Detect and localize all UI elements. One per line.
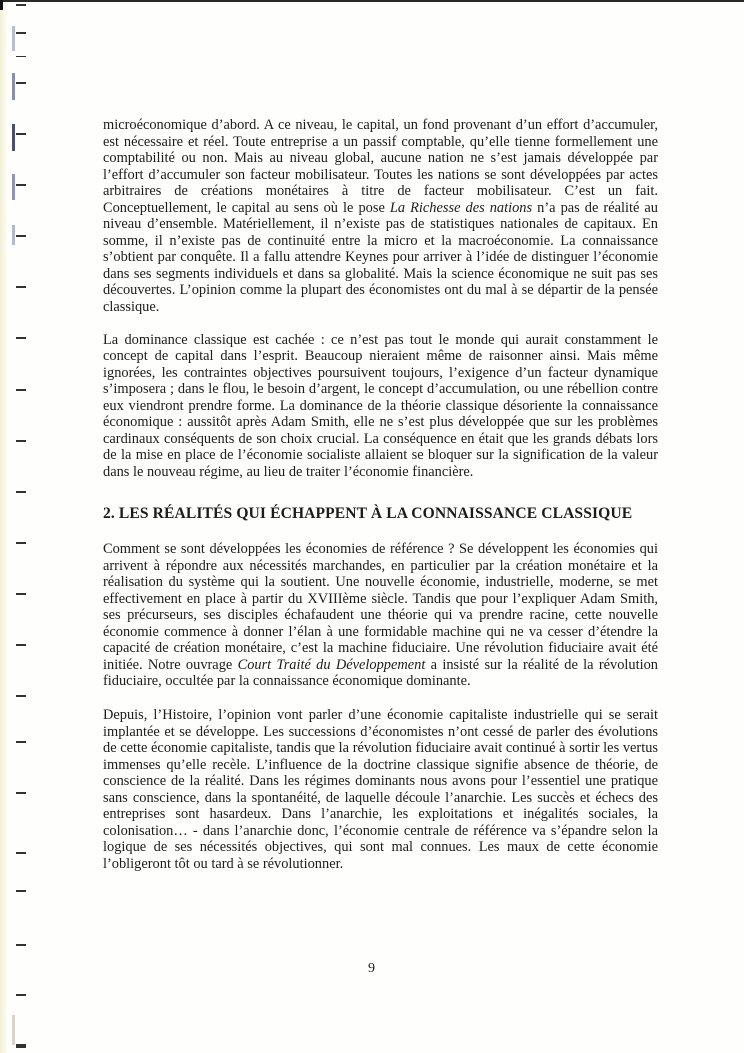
section-heading: 2. LES RÉALITÉS QUI ÉCHAPPENT À LA CONNA… — [103, 506, 658, 523]
paragraph-text: Comment se sont développées les économie… — [103, 541, 658, 673]
binder-margin-marks — [12, 0, 32, 1053]
scan-corner-mark — [0, 0, 3, 10]
paragraph-1: microéconomique d’abord. A ce niveau, le… — [103, 117, 658, 316]
paragraph-text: La dominance classique est cachée : ce n… — [103, 332, 658, 480]
scan-left-edge — [0, 0, 6, 1053]
paragraph-2: La dominance classique est cachée : ce n… — [103, 332, 658, 481]
paragraph-3: Comment se sont développées les économie… — [103, 541, 658, 690]
paragraph-text: n’a pas de réalité au niveau d’ensemble.… — [103, 200, 658, 315]
paragraph-4: Depuis, l’Histoire, l’opinion vont parle… — [103, 707, 658, 872]
page-number: 9 — [368, 961, 375, 977]
book-title-italic: La Richesse des nations — [390, 200, 532, 216]
page-body: microéconomique d’abord. A ce niveau, le… — [103, 117, 658, 872]
scan-top-edge — [0, 0, 744, 2]
book-title-italic: Court Traité du Développement — [238, 657, 426, 673]
paragraph-text: Depuis, l’Histoire, l’opinion vont parle… — [103, 707, 658, 872]
